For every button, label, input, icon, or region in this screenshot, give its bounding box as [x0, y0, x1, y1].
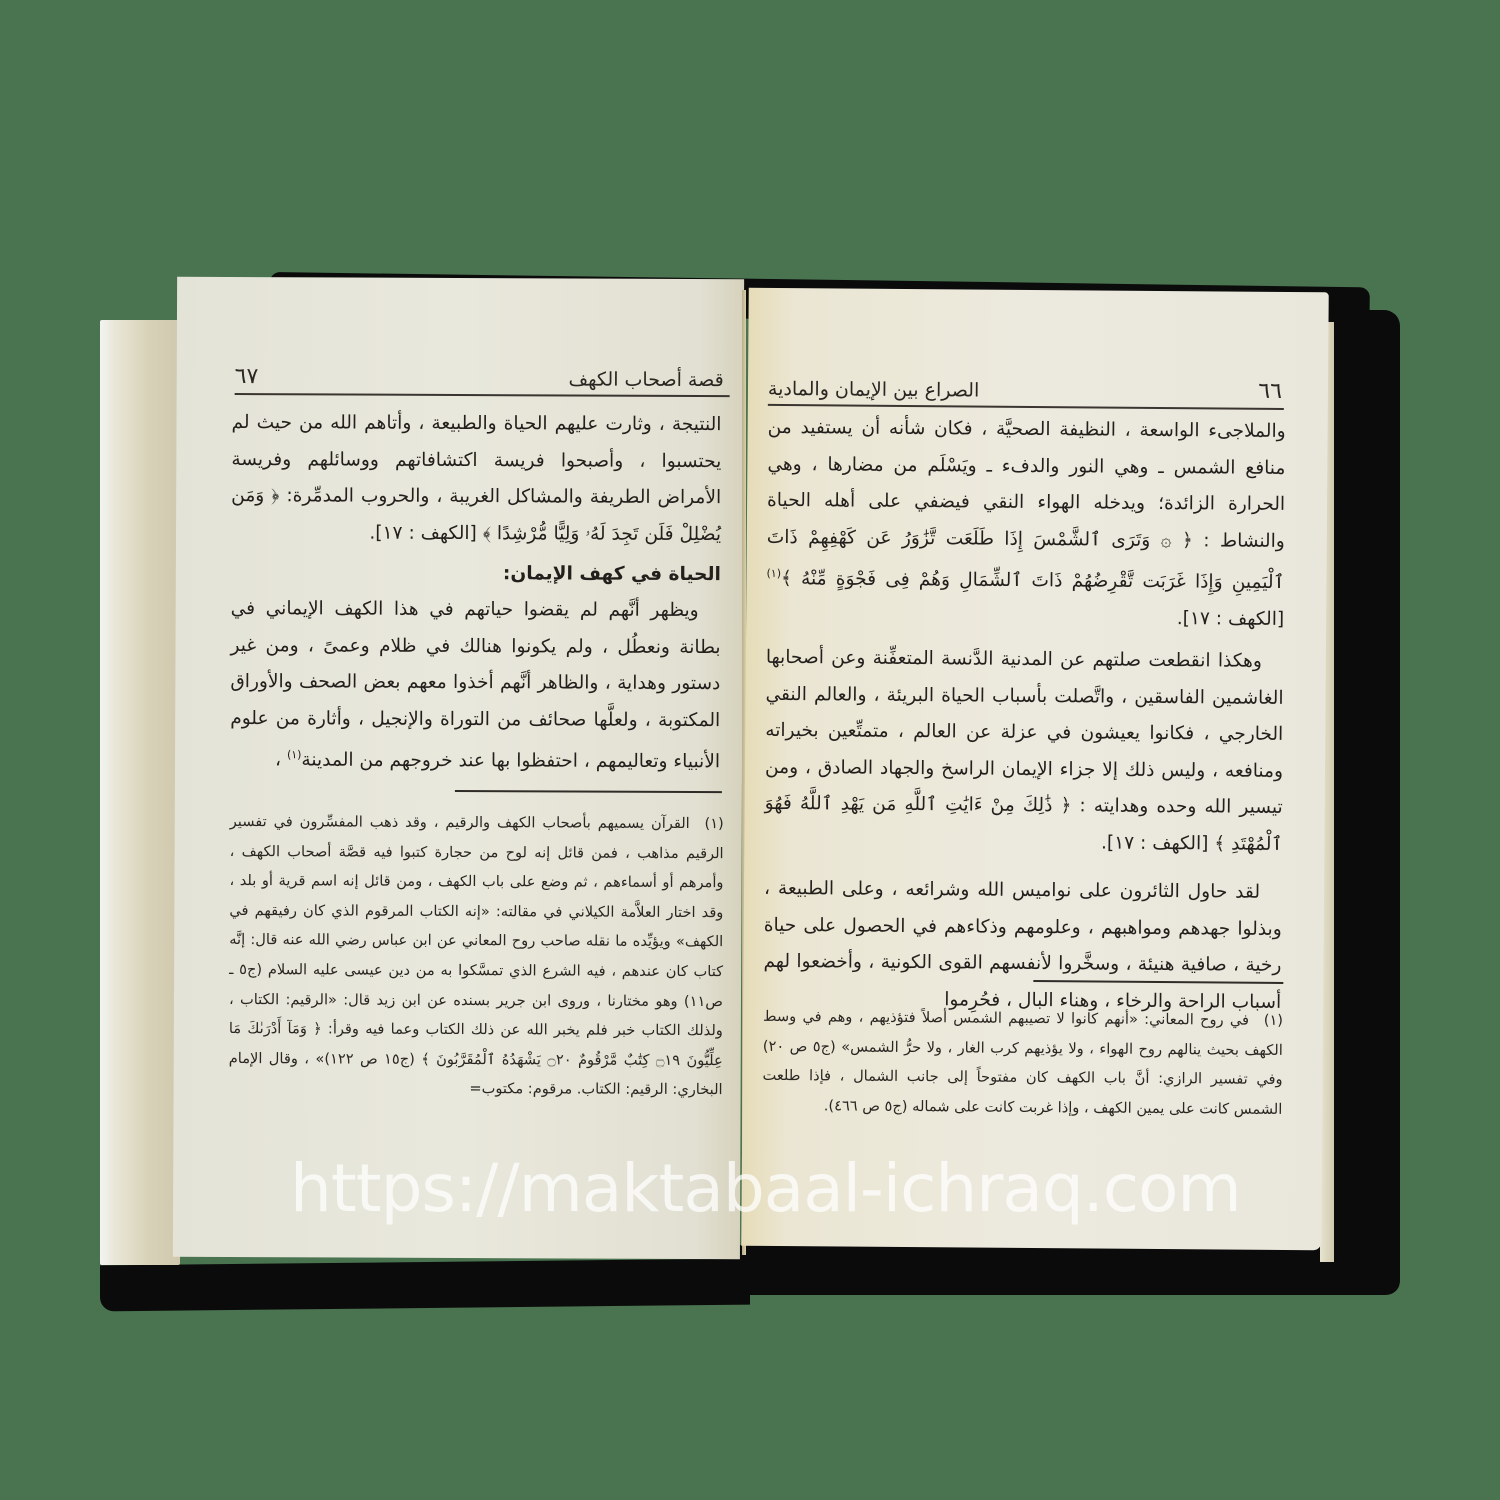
left-running-head: ٦٧ قصة أصحاب الكهف — [235, 355, 724, 391]
footnote-marker: (١) — [690, 809, 724, 839]
left-body-text: النتيجة ، وثارت عليهم الحياة والطبيعة ، … — [230, 405, 722, 781]
right-page: الصراع بين الإيمان والمادية ٦٦ والملاجىء… — [741, 288, 1329, 1251]
section-heading: الحياة في كهف الإيمان: — [231, 555, 721, 593]
paragraph: النتيجة ، وثارت عليهم الحياة والطبيعة ، … — [231, 405, 722, 553]
header-rule — [768, 404, 1284, 410]
book-shadow-bottom-left — [100, 1259, 750, 1312]
book-shadow-bottom-right — [740, 1245, 1400, 1295]
left-page: ٦٧ قصة أصحاب الكهف النتيجة ، وثارت عليهم… — [173, 277, 744, 1259]
right-footnotes: (١)في روح المعاني: «أنهم كانوا لا تصيبهم… — [762, 1002, 1283, 1124]
right-running-head: الصراع بين الإيمان والمادية ٦٦ — [768, 366, 1282, 404]
page-number: ٦٦ — [1258, 379, 1282, 404]
watermark-url: https://maktabaal-ichraq.com — [290, 1150, 1230, 1227]
footnote: (١)القرآن يسميهم بأصحاب الكهف والرقيم ، … — [229, 807, 724, 1105]
footnote-rule — [455, 790, 722, 793]
footnote: (١)في روح المعاني: «أنهم كانوا لا تصيبهم… — [762, 1002, 1283, 1124]
right-body-text: والملاجىء الواسعة ، النظيفة الصحيَّة ، ف… — [763, 410, 1286, 1021]
paragraph: لقد حاول الثائرون على نواميس الله وشرائع… — [763, 871, 1282, 1021]
product-photo-scene: ٦٧ قصة أصحاب الكهف النتيجة ، وثارت عليهم… — [0, 0, 1500, 1500]
left-footnotes: (١)القرآن يسميهم بأصحاب الكهف والرقيم ، … — [229, 807, 724, 1105]
paragraph: والملاجىء الواسعة ، النظيفة الصحيَّة ، ف… — [766, 410, 1286, 638]
footnote-marker: (١) — [1249, 1006, 1283, 1036]
page-number: ٦٧ — [235, 364, 259, 389]
running-title: الصراع بين الإيمان والمادية — [768, 378, 980, 402]
page-stack-edge-left — [100, 320, 180, 1265]
paragraph: ويظهر أنَّهم لم يقضوا حياتهم في هذا الكه… — [230, 591, 721, 781]
book-shadow-right — [1330, 310, 1400, 1270]
header-rule — [235, 393, 730, 397]
running-title: قصة أصحاب الكهف — [568, 368, 723, 391]
footnote-ref: (١) — [766, 567, 781, 580]
paragraph: وهكذا انقطعت صلتهم عن المدنية الدَّنسة ا… — [764, 640, 1284, 863]
footnote-ref: (١) — [287, 748, 302, 761]
